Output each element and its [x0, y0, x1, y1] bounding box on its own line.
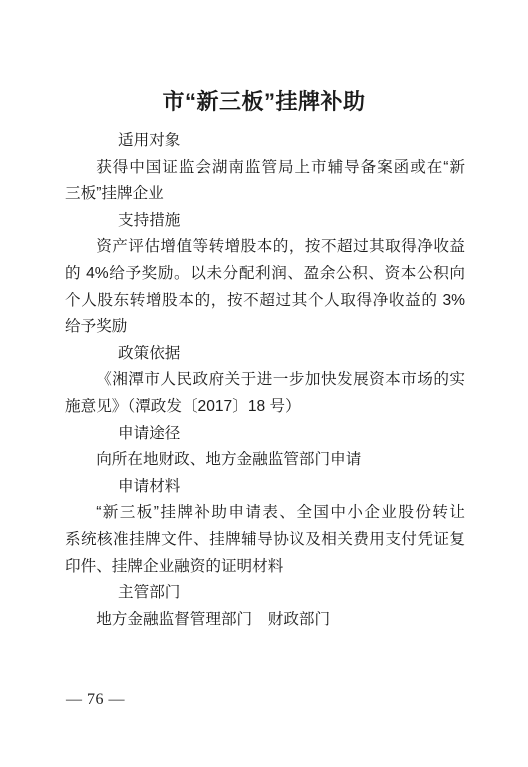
- section-heading: 适用对象: [65, 128, 465, 155]
- paragraph-line: 《湘潭市人民政府关于进一步加快发展资本市场的实: [65, 367, 465, 394]
- section-heading: 申请途径: [65, 421, 465, 448]
- paragraph-line: 向所在地财政、地方金融监管部门申请: [65, 447, 465, 474]
- paragraph-line: 印件、挂牌企业融资的证明材料: [65, 554, 465, 581]
- paragraph-line: 获得中国证监会湖南监管局上市辅导备案函或在“新: [65, 155, 465, 182]
- page-number: — 76 —: [66, 691, 125, 709]
- paragraph-line: “新三板”挂牌补助申请表、全国中小企业股份转让: [65, 500, 465, 527]
- document-title: 市“新三板”挂牌补助: [0, 85, 528, 116]
- paragraph-line: 资产评估增值等转增股本的，按不超过其取得净收益: [65, 234, 465, 261]
- paragraph-line: 系统核准挂牌文件、挂牌辅导协议及相关费用支付凭证复: [65, 527, 465, 554]
- section-heading: 申请材料: [65, 474, 465, 501]
- section-heading: 支持措施: [65, 208, 465, 235]
- paragraph-line: 给予奖励: [65, 314, 465, 341]
- paragraph-line: 三板”挂牌企业: [65, 181, 465, 208]
- paragraph-line: 地方金融监督管理部门 财政部门: [65, 607, 465, 634]
- paragraph-line: 施意见》（潭政发〔2017〕18 号）: [65, 394, 465, 421]
- section-heading: 主管部门: [65, 580, 465, 607]
- paragraph-line: 的 4%给予奖励。以未分配利润、盈余公积、资本公积向: [65, 261, 465, 288]
- section-heading: 政策依据: [65, 341, 465, 368]
- paragraph-line: 个人股东转增股本的，按不超过其个人取得净收益的 3%: [65, 288, 465, 315]
- document-content: 适用对象获得中国证监会湖南监管局上市辅导备案函或在“新三板”挂牌企业支持措施资产…: [65, 128, 465, 633]
